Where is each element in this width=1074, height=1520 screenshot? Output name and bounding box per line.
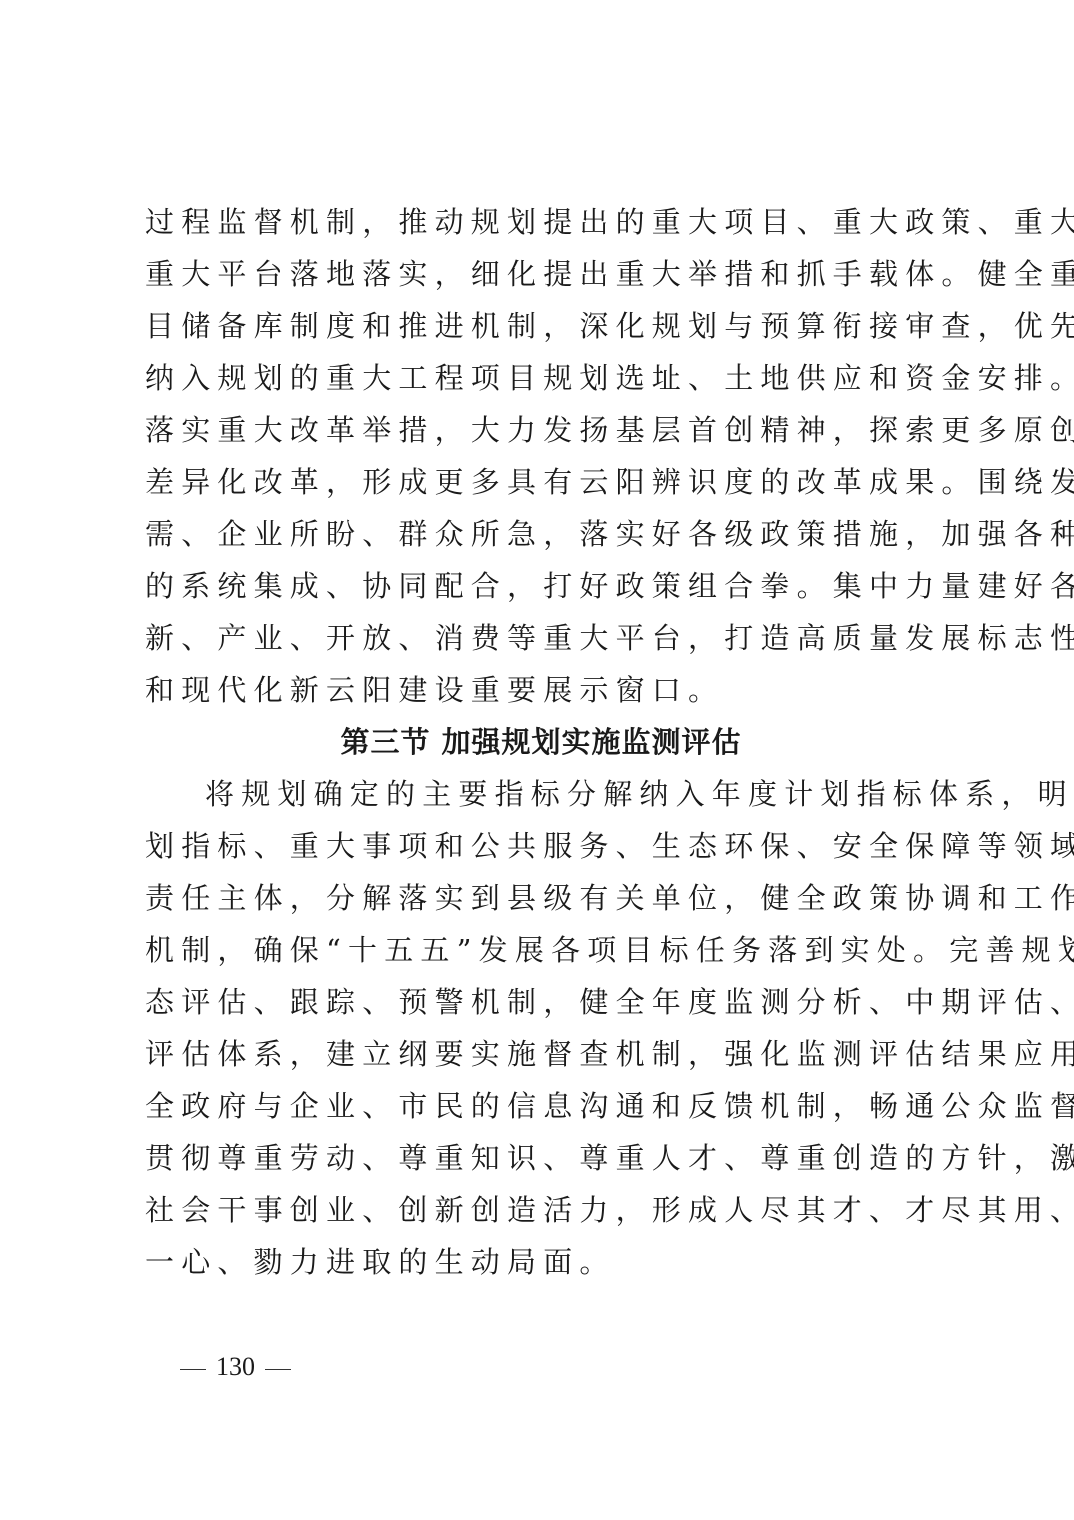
text-line: 和现代化新云阳建设重要展示窗口。 <box>145 664 945 716</box>
text-line: 社会干事创业、创新创造活力，形成人尽其才、才尽其用、万众 <box>145 1184 945 1236</box>
text-line: 落实重大改革举措，大力发扬基层首创精神，探索更多原创性、 <box>145 404 945 456</box>
document-page: 过程监督机制，推动规划提出的重大项目、重大政策、重大改革、 重大平台落地落实，细… <box>0 0 1074 1520</box>
text-line: 的系统集成、协同配合，打好政策组合拳。集中力量建好各类创 <box>145 560 945 612</box>
text-line: 一心、勠力进取的生动局面。 <box>145 1236 945 1288</box>
page-number-value: 130 <box>216 1352 255 1381</box>
dash-left <box>180 1369 206 1370</box>
section-heading: 第三节 加强规划实施监测评估 <box>141 716 941 768</box>
body-text: 过程监督机制，推动规划提出的重大项目、重大政策、重大改革、 重大平台落地落实，细… <box>145 196 945 1288</box>
text-line: 划指标、重大事项和公共服务、生态环保、安全保障等领域任务 <box>145 820 945 872</box>
dash-right <box>265 1369 291 1370</box>
text-line: 责任主体，分解落实到县级有关单位，健全政策协调和工作协同 <box>145 872 945 924</box>
text-line: 过程监督机制，推动规划提出的重大项目、重大政策、重大改革、 <box>145 196 945 248</box>
text-line: 态评估、跟踪、预警机制，健全年度监测分析、中期评估、总结 <box>145 976 945 1028</box>
text-line: 将规划确定的主要指标分解纳入年度计划指标体系，明确规 <box>145 768 945 820</box>
text-line: 机制，确保“十五五”发展各项目标任务落到实处。完善规划动 <box>145 924 945 976</box>
text-line: 重大平台落地落实，细化提出重大举措和抓手载体。健全重大项 <box>145 248 945 300</box>
page-number: 130 <box>170 1352 301 1382</box>
text-line: 贯彻尊重劳动、尊重知识、尊重人才、尊重创造的方针，激发全 <box>145 1132 945 1184</box>
text-line: 需、企业所盼、群众所急，落实好各级政策措施，加强各种政策 <box>145 508 945 560</box>
text-line: 纳入规划的重大工程项目规划选址、土地供应和资金安排。一体 <box>145 352 945 404</box>
text-line: 目储备库制度和推进机制，深化规划与预算衔接审查，优先保障 <box>145 300 945 352</box>
text-line: 全政府与企业、市民的信息沟通和反馈机制，畅通公众监督渠道。 <box>145 1080 945 1132</box>
text-line: 新、产业、开放、消费等重大平台，打造高质量发展标志性成果 <box>145 612 945 664</box>
text-line: 差异化改革，形成更多具有云阳辨识度的改革成果。围绕发展所 <box>145 456 945 508</box>
text-line: 评估体系，建立纲要实施督查机制，强化监测评估结果应用。健 <box>145 1028 945 1080</box>
